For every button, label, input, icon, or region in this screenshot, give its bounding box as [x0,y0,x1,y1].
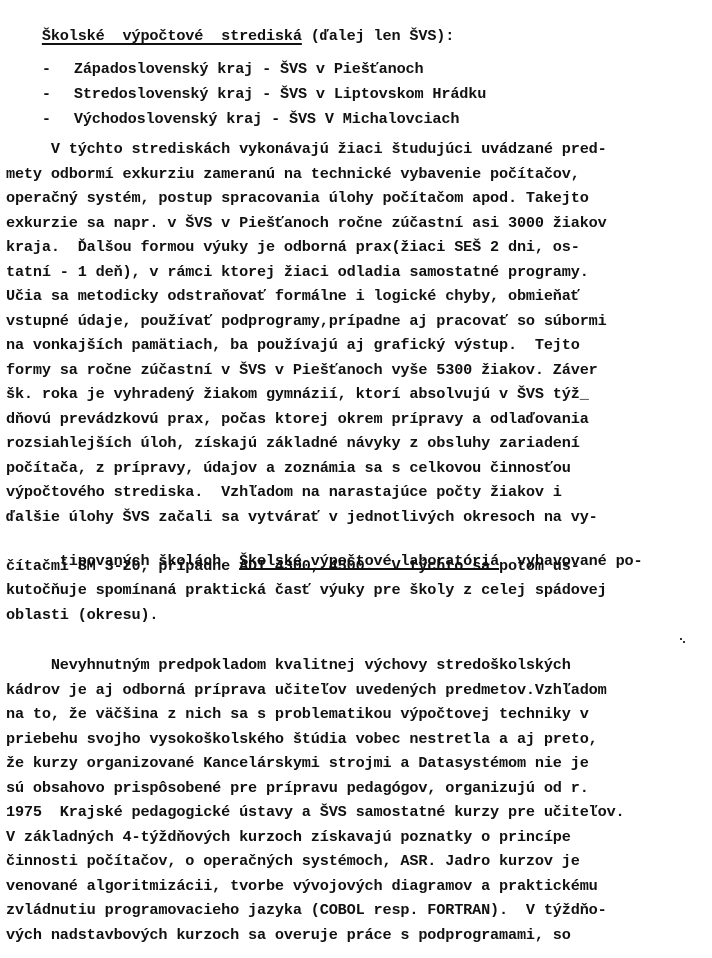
text-line: že kurzy organizované Kancelárskymi stro… [6,753,589,773]
text-line: oblasti (okresu). [6,605,158,625]
text-line: vých nadstavbových kurzoch sa overuje pr… [6,925,571,945]
text-line: V týchto strediskách vykonávajú žiaci št… [6,139,607,159]
section-heading: Školské výpočtové strediská (ďalej len Š… [6,6,454,26]
text-line: priebehu svojho vysokoškolského štúdia v… [6,729,598,749]
bullet-item: -Západoslovenský kraj - ŠVS v Piešťanoch [6,39,423,59]
text-line: V základných 4-týždňových kurzoch získav… [6,827,571,847]
bullet-item: -Stredoslovenský kraj - ŠVS v Liptovskom… [6,64,486,84]
text-line: zvládnutiu programovacieho jazyka (COBOL… [6,900,607,920]
text-line: kutočňuje spomínaná praktická časť výuky… [6,580,607,600]
text-line: šk. roka je vyhradený žiakom gymnázií, k… [6,384,589,404]
bullet-text: Východoslovenský kraj - ŠVS V Michalovci… [74,110,459,128]
text-line: dňovú prevádzkovú prax, počas ktorej okr… [6,409,589,429]
text-line: činnosti počítačov, o operačných systémo… [6,851,580,871]
document-page: Školské výpočtové strediská (ďalej len Š… [0,0,712,958]
text-line: rozsiahlejších úloh, získajú základné ná… [6,433,580,453]
text-line: operačný systém, postup spracovania úloh… [6,188,589,208]
text-line: venované algoritmizácii, tvorbe vývojový… [6,876,598,896]
text-line: sú obsahovo prispôsobené pre prípravu pe… [6,778,589,798]
text-line: na vonkajších pamätiach, ba používajú aj… [6,335,580,355]
scan-speck [680,638,682,640]
text-line: 1975 Krajské pedagogické ústavy a ŠVS sa… [6,802,625,822]
text-line: exkurzie sa napr. v ŠVS v Piešťanoch roč… [6,213,607,233]
text-line: na to, že väčšina z nich sa s problemati… [6,704,589,724]
text-line: Učia sa metodicky odstraňovať formálne i… [6,286,580,306]
text-line: ďalšie úlohy ŠVS začali sa vytvárať v je… [6,507,598,527]
bullet-dash: - [42,109,74,129]
text-line: mety odbormí exkurziu zameranú na techni… [6,164,580,184]
text-line: formy sa ročne zúčastní v ŠVS v Piešťano… [6,360,598,380]
text-line: čítačmi SM 3-20, prípadne ADT 4300, 4500… [6,556,580,576]
text-line: počítača, z prípravy, údajov a zoznámia … [6,458,571,478]
scan-speck [683,641,685,643]
text-line: výpočtového strediska. Vzhľadom na naras… [6,482,562,502]
text-line: vstupné údaje, používať podprogramy,príp… [6,311,607,331]
text-line: kraja. Ďalšou formou výuky je odborná pr… [6,237,580,257]
text-line: tipovaných školách Školské výpočtové lab… [6,531,642,551]
bullet-item: -Východoslovenský kraj - ŠVS V Michalovc… [6,89,459,109]
text-line: kádrov je aj odborná príprava učiteľov u… [6,680,607,700]
text-line: Nevyhnutným predpokladom kvalitnej výcho… [6,655,571,675]
text-line: tatní - 1 deň), v rámci ktorej žiaci odl… [6,262,589,282]
